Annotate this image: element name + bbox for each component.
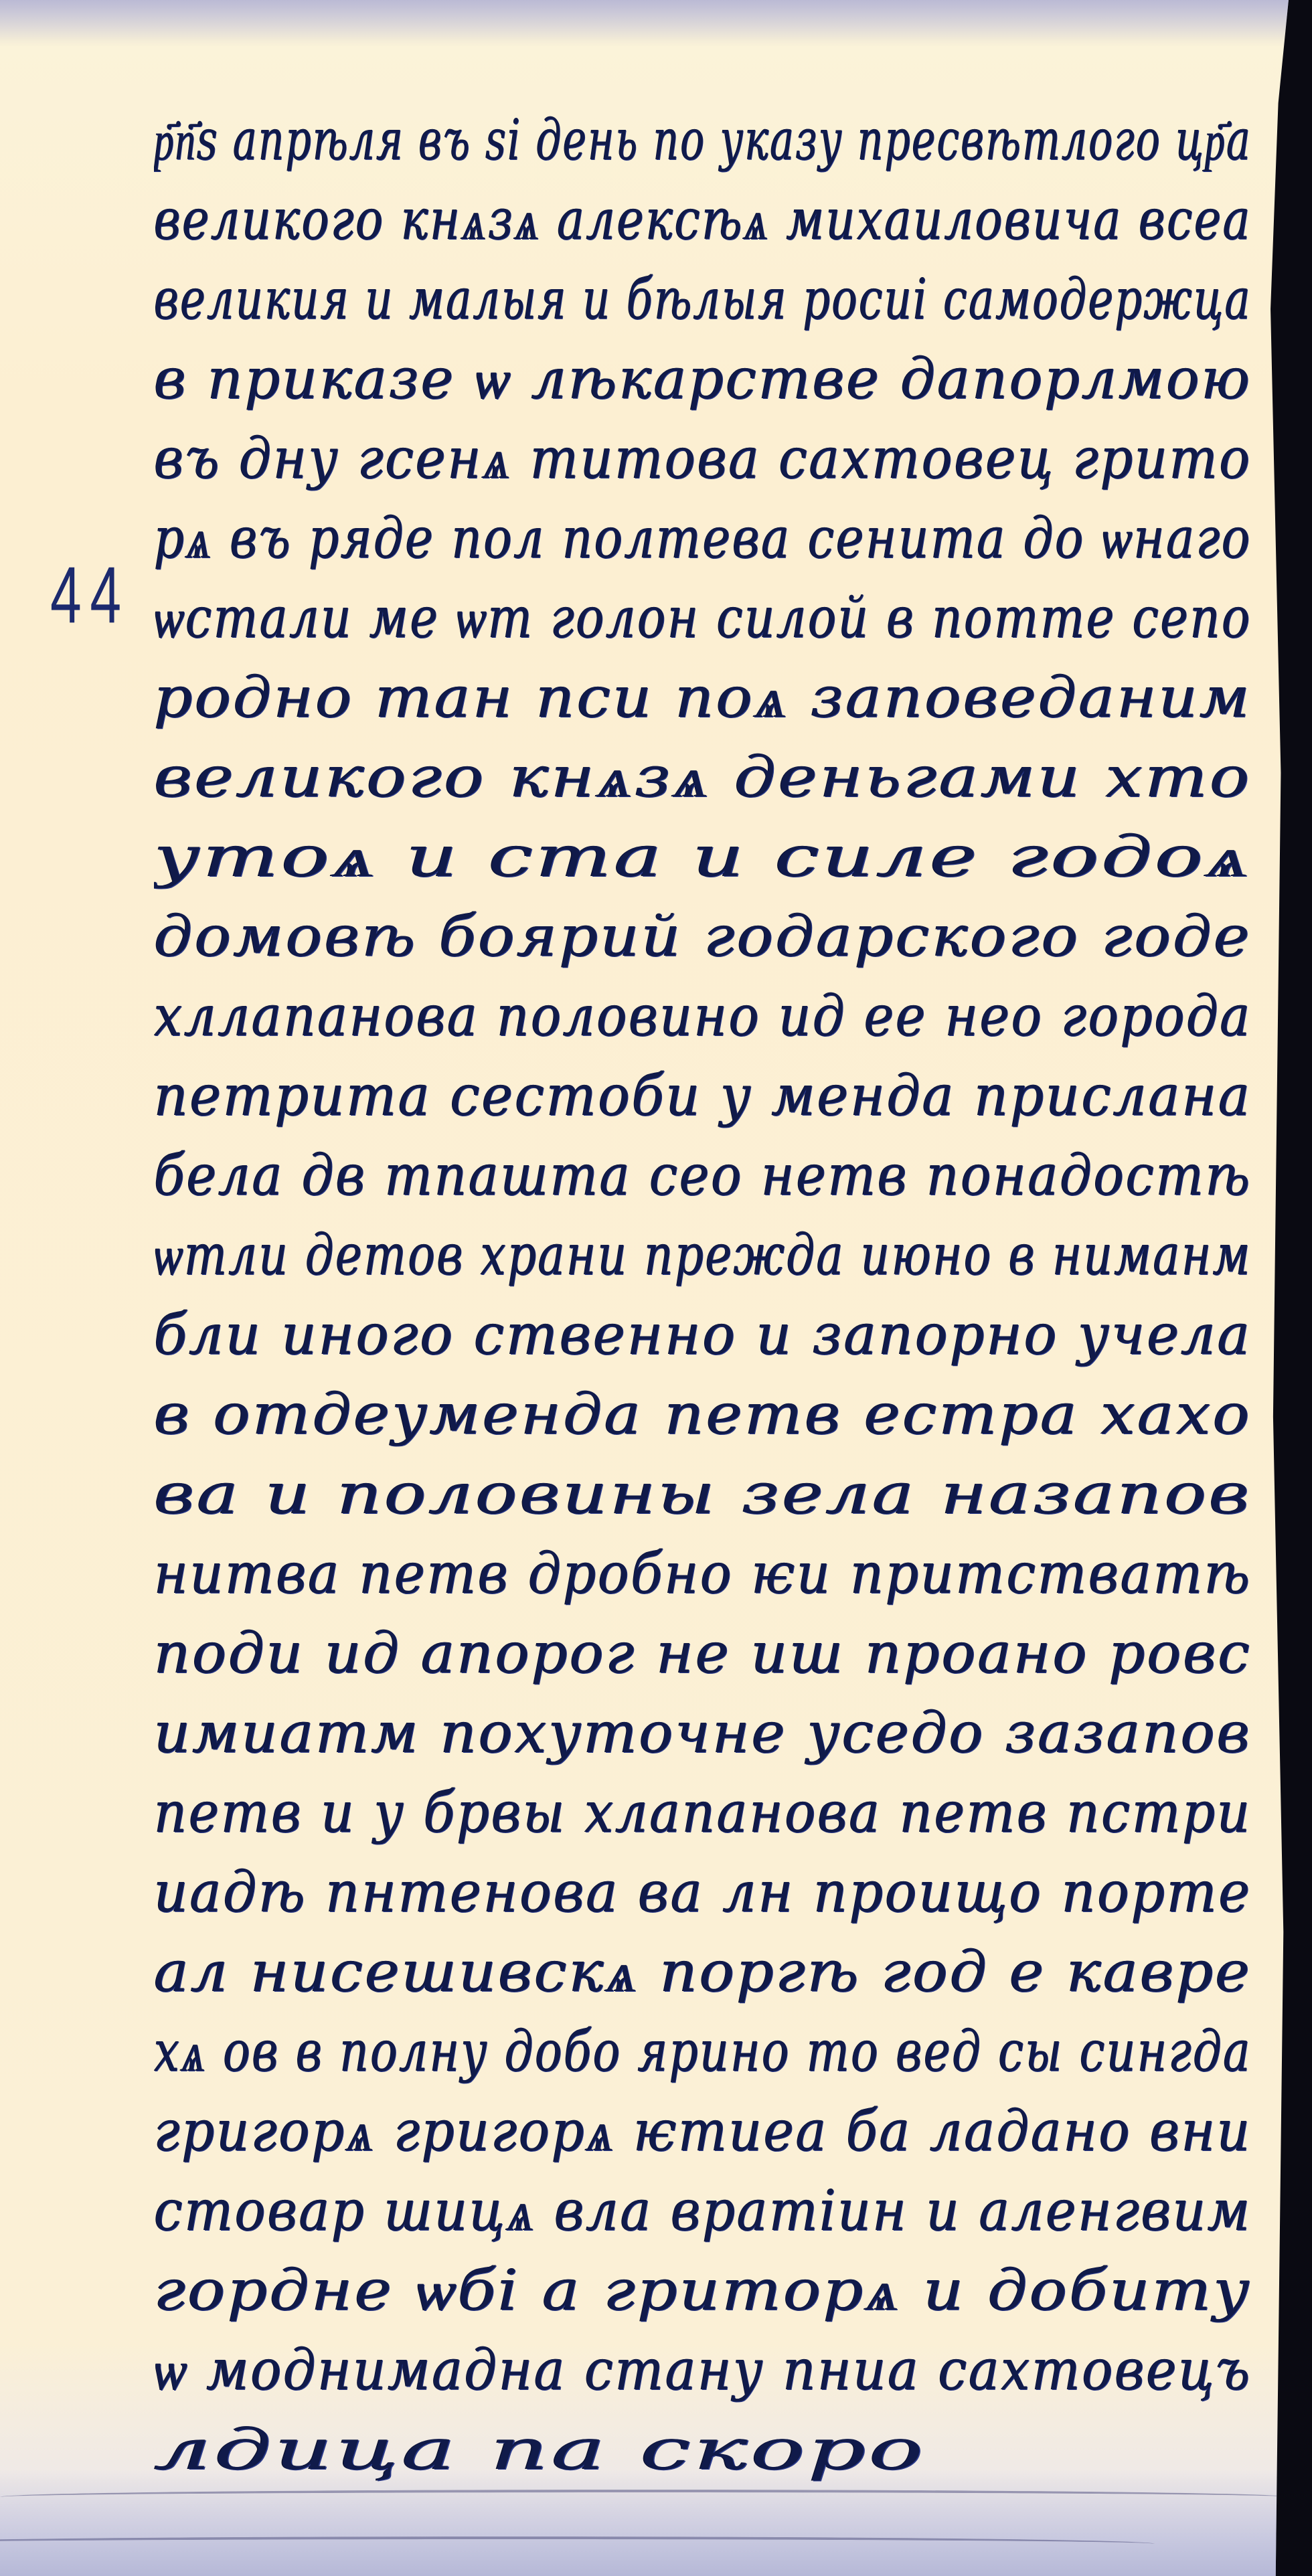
manuscript-line: ал нисешивскѧ поргѣ год е кавре bbox=[154, 1932, 1279, 2012]
manuscript-line: хѧ ов в полну добо ярино то вед сы сингд… bbox=[154, 2012, 1279, 2091]
manuscript-line: домовѣ боярий годарского годе bbox=[154, 897, 1279, 976]
manuscript-line: утоѧ и ста и силе годоѧ bbox=[154, 817, 1279, 897]
manuscript-line: родно тан пси поѧ заповеданим bbox=[154, 658, 1279, 738]
manuscript-line: ва и половины зела назапов bbox=[154, 1454, 1279, 1534]
manuscript-page: 44 р҃п҃ѕ апрѣля въ ѕі день по указу прес… bbox=[0, 0, 1289, 2576]
manuscript-line: григорѧ григорѧ ѥтиеа ба ладано вни bbox=[154, 2091, 1279, 2171]
paper-tear-line bbox=[0, 2490, 1289, 2504]
manuscript-line: бела дв тпашта сео нетв понадостѣ bbox=[154, 1136, 1279, 1215]
manuscript-line: рѧ въ ряде пол полтева сенита до ѡнаго bbox=[154, 499, 1279, 578]
top-paper-edge bbox=[0, 0, 1289, 47]
manuscript-line: иадѣ пнтенова ва лн проищо порте bbox=[154, 1853, 1279, 1932]
manuscript-line: в приказе ѡ лѣкарстве дапорлмою bbox=[154, 339, 1279, 419]
manuscript-line: хллапанова половино ид ее нео города bbox=[154, 976, 1279, 1056]
manuscript-line: петрита сестоби у менда прислана bbox=[154, 1056, 1279, 1136]
manuscript-line: ѡ моднимадна стану пниа сахтовецъ bbox=[154, 2330, 1279, 2410]
manuscript-line: р҃п҃ѕ апрѣля въ ѕі день по указу пресвѣт… bbox=[154, 100, 1279, 180]
manuscript-line: бли иного ственно и запорно учела bbox=[154, 1295, 1279, 1375]
manuscript-line: великия и малыя и бѣлыя росиі самодержца bbox=[154, 260, 1279, 339]
manuscript-line: великого кнѧзѧ алексѣѧ михаиловича всеа bbox=[154, 180, 1279, 260]
manuscript-line: петв и у брвы хлапанова петв пстри bbox=[154, 1773, 1279, 1853]
manuscript-text-block: р҃п҃ѕ апрѣля въ ѕі день по указу пресвѣт… bbox=[154, 100, 1279, 2490]
manuscript-line: в отдеуменда петв естра хахо bbox=[154, 1375, 1279, 1454]
manuscript-line: стовар шицѧ вла вратіин и аленгвим bbox=[154, 2171, 1279, 2251]
manuscript-line: имиатм похуточне уседо зазапов bbox=[154, 1693, 1279, 1773]
manuscript-line: въ дну гсенѧ титова сахтовец грито bbox=[154, 419, 1279, 499]
manuscript-line: лдица па скоро bbox=[154, 2410, 1279, 2490]
manuscript-line: нитва петв дробно ѥи притстватѣ bbox=[154, 1534, 1279, 1614]
manuscript-line: ѡстали ме ѡт голон силой в потте сепо bbox=[154, 578, 1279, 658]
manuscript-line: гордне ѡбі а гриторѧ и добиту bbox=[154, 2251, 1279, 2330]
manuscript-line: поди ид апорог не иш проано ровс bbox=[154, 1614, 1279, 1693]
manuscript-line: великого кнѧзѧ деньгами хто bbox=[154, 738, 1279, 817]
folio-number: 44 bbox=[50, 549, 130, 641]
manuscript-line: ѡтли детов храни прежда июно в ниманм bbox=[154, 1215, 1279, 1295]
